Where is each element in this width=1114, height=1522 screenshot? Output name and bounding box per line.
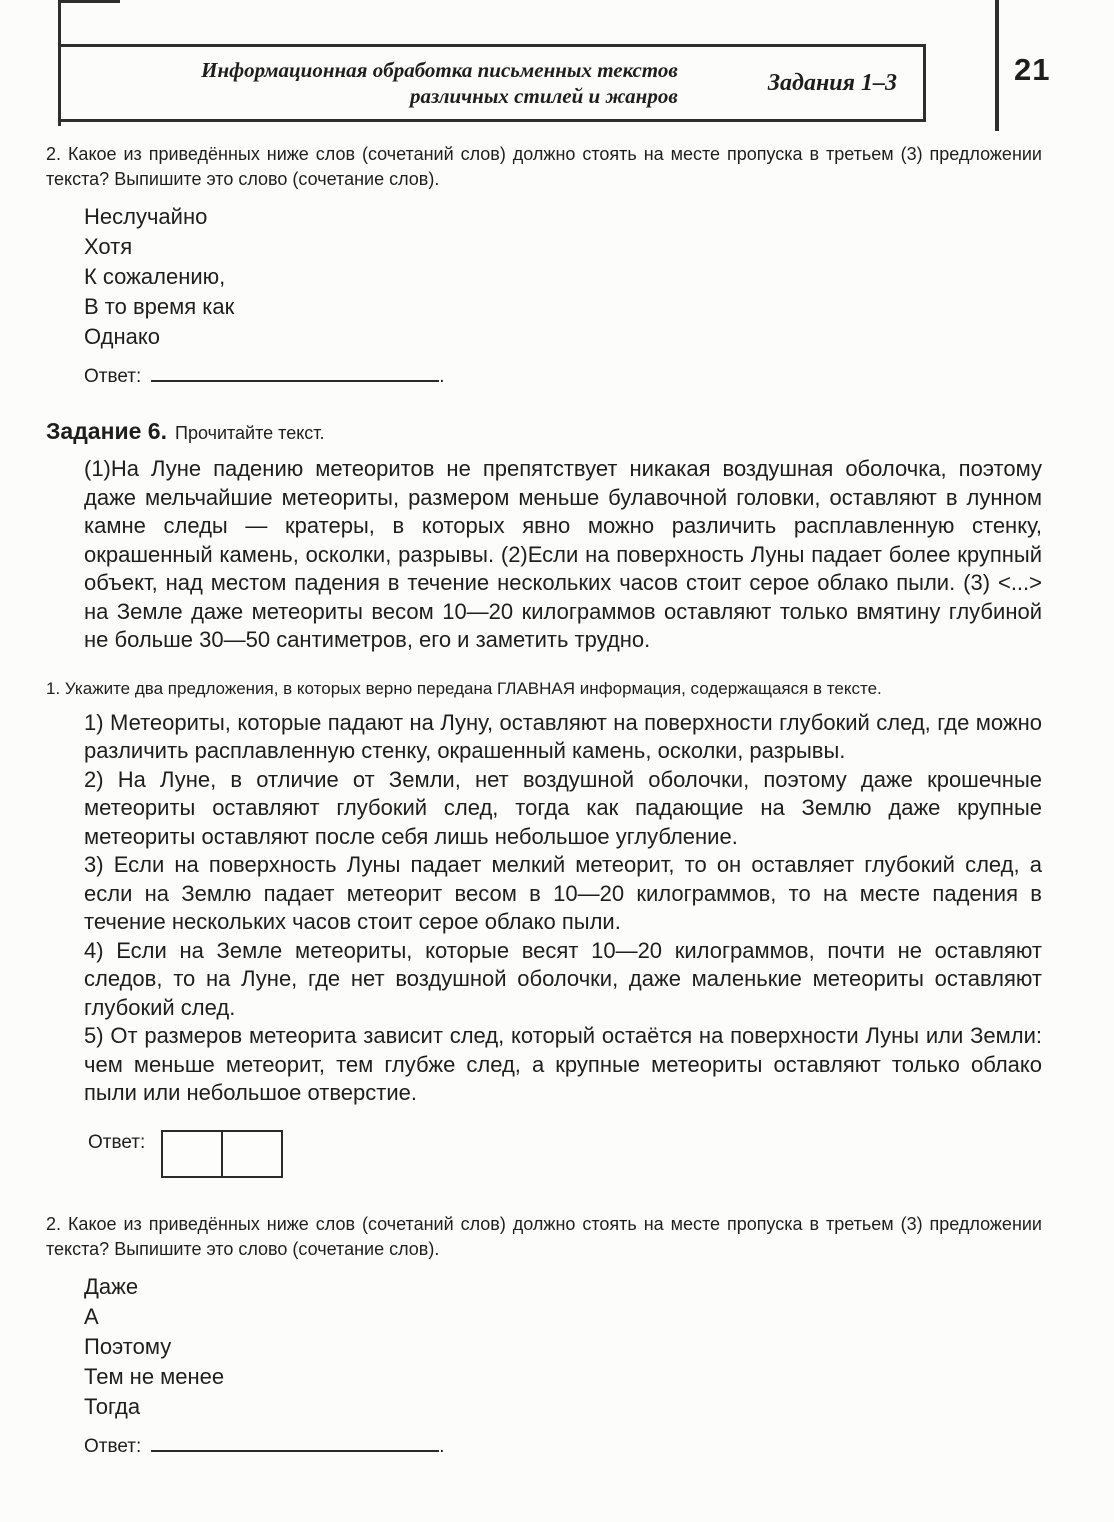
option-word: Даже xyxy=(84,1272,1042,1302)
task6-heading-row: Задание 6.Прочитайте текст. xyxy=(46,418,1042,445)
question2-top-text: 2. Какое из приведённых ниже слов (сочет… xyxy=(46,142,1042,192)
option-word: Однако xyxy=(84,322,1042,352)
option-word: К сожалению, xyxy=(84,262,1042,292)
question2-bottom-text: 2. Какое из приведённых ниже слов (сочет… xyxy=(46,1212,1042,1262)
top-border-stub xyxy=(58,0,120,3)
chapter-title-line1: Информационная обработка письменных текс… xyxy=(201,57,678,83)
question2-bottom-options: Даже А Поэтому Тем не менее Тогда xyxy=(84,1272,1042,1422)
answer-label: Ответ: xyxy=(84,1436,141,1457)
page-number: 21 xyxy=(1014,52,1050,88)
answer-option-3: 3) Если на поверхность Луны падает мелки… xyxy=(84,851,1042,937)
answer-cell-1[interactable] xyxy=(161,1130,223,1178)
answer-option-1: 1) Метеориты, которые падают на Луну, ос… xyxy=(84,709,1042,766)
question2-bottom-answer-row: Ответ:. xyxy=(84,1434,1042,1458)
answer-label: Ответ: xyxy=(88,1130,145,1154)
answer-blank-line[interactable] xyxy=(151,364,439,382)
answer-option-4: 4) Если на Земле метеориты, которые веся… xyxy=(84,937,1042,1023)
answer-option-5: 5) От размеров метеорита зависит след, к… xyxy=(84,1022,1042,1108)
answer-cell-2[interactable] xyxy=(223,1130,283,1178)
chapter-title-line2: различных стилей и жанров xyxy=(201,83,678,109)
question1-text: 1. Укажите два предложения, в которых ве… xyxy=(46,677,1042,701)
chapter-title: Информационная обработка письменных текс… xyxy=(61,57,758,109)
question2-top-options: Неслучайно Хотя К сожалению, В то время … xyxy=(84,202,1042,352)
option-word: Неслучайно xyxy=(84,202,1042,232)
task6-passage: (1)На Луне падению метеоритов не препятс… xyxy=(84,455,1042,655)
answer-period: . xyxy=(439,1436,444,1457)
tasks-range-label: Задания 1–3 xyxy=(758,70,923,97)
answer-blank-line[interactable] xyxy=(151,1434,439,1452)
option-word: Хотя xyxy=(84,232,1042,262)
task6-instruction: Прочитайте текст. xyxy=(175,423,325,443)
answer-grid xyxy=(161,1130,283,1178)
option-word: Поэтому xyxy=(84,1332,1042,1362)
question2-top-answer-row: Ответ:. xyxy=(84,364,1042,388)
option-word: В то время как xyxy=(84,292,1042,322)
scanned-textbook-page: Информационная обработка письменных текс… xyxy=(0,0,1114,1522)
question1-options: 1) Метеориты, которые падают на Луну, ос… xyxy=(84,709,1042,1108)
question1-answer-row: Ответ: xyxy=(88,1130,1042,1178)
option-word: А xyxy=(84,1302,1042,1332)
option-word: Тем не менее xyxy=(84,1362,1042,1392)
page-number-divider-rule xyxy=(995,0,999,131)
option-word: Тогда xyxy=(84,1392,1042,1422)
page-content: 2. Какое из приведённых ниже слов (сочет… xyxy=(0,142,1114,1488)
task6-label: Задание 6. xyxy=(46,418,167,444)
answer-option-2: 2) На Луне, в отличие от Земли, нет возд… xyxy=(84,766,1042,852)
answer-label: Ответ: xyxy=(84,366,141,387)
answer-period: . xyxy=(439,366,444,387)
chapter-header-box: Информационная обработка письменных текс… xyxy=(58,44,926,122)
